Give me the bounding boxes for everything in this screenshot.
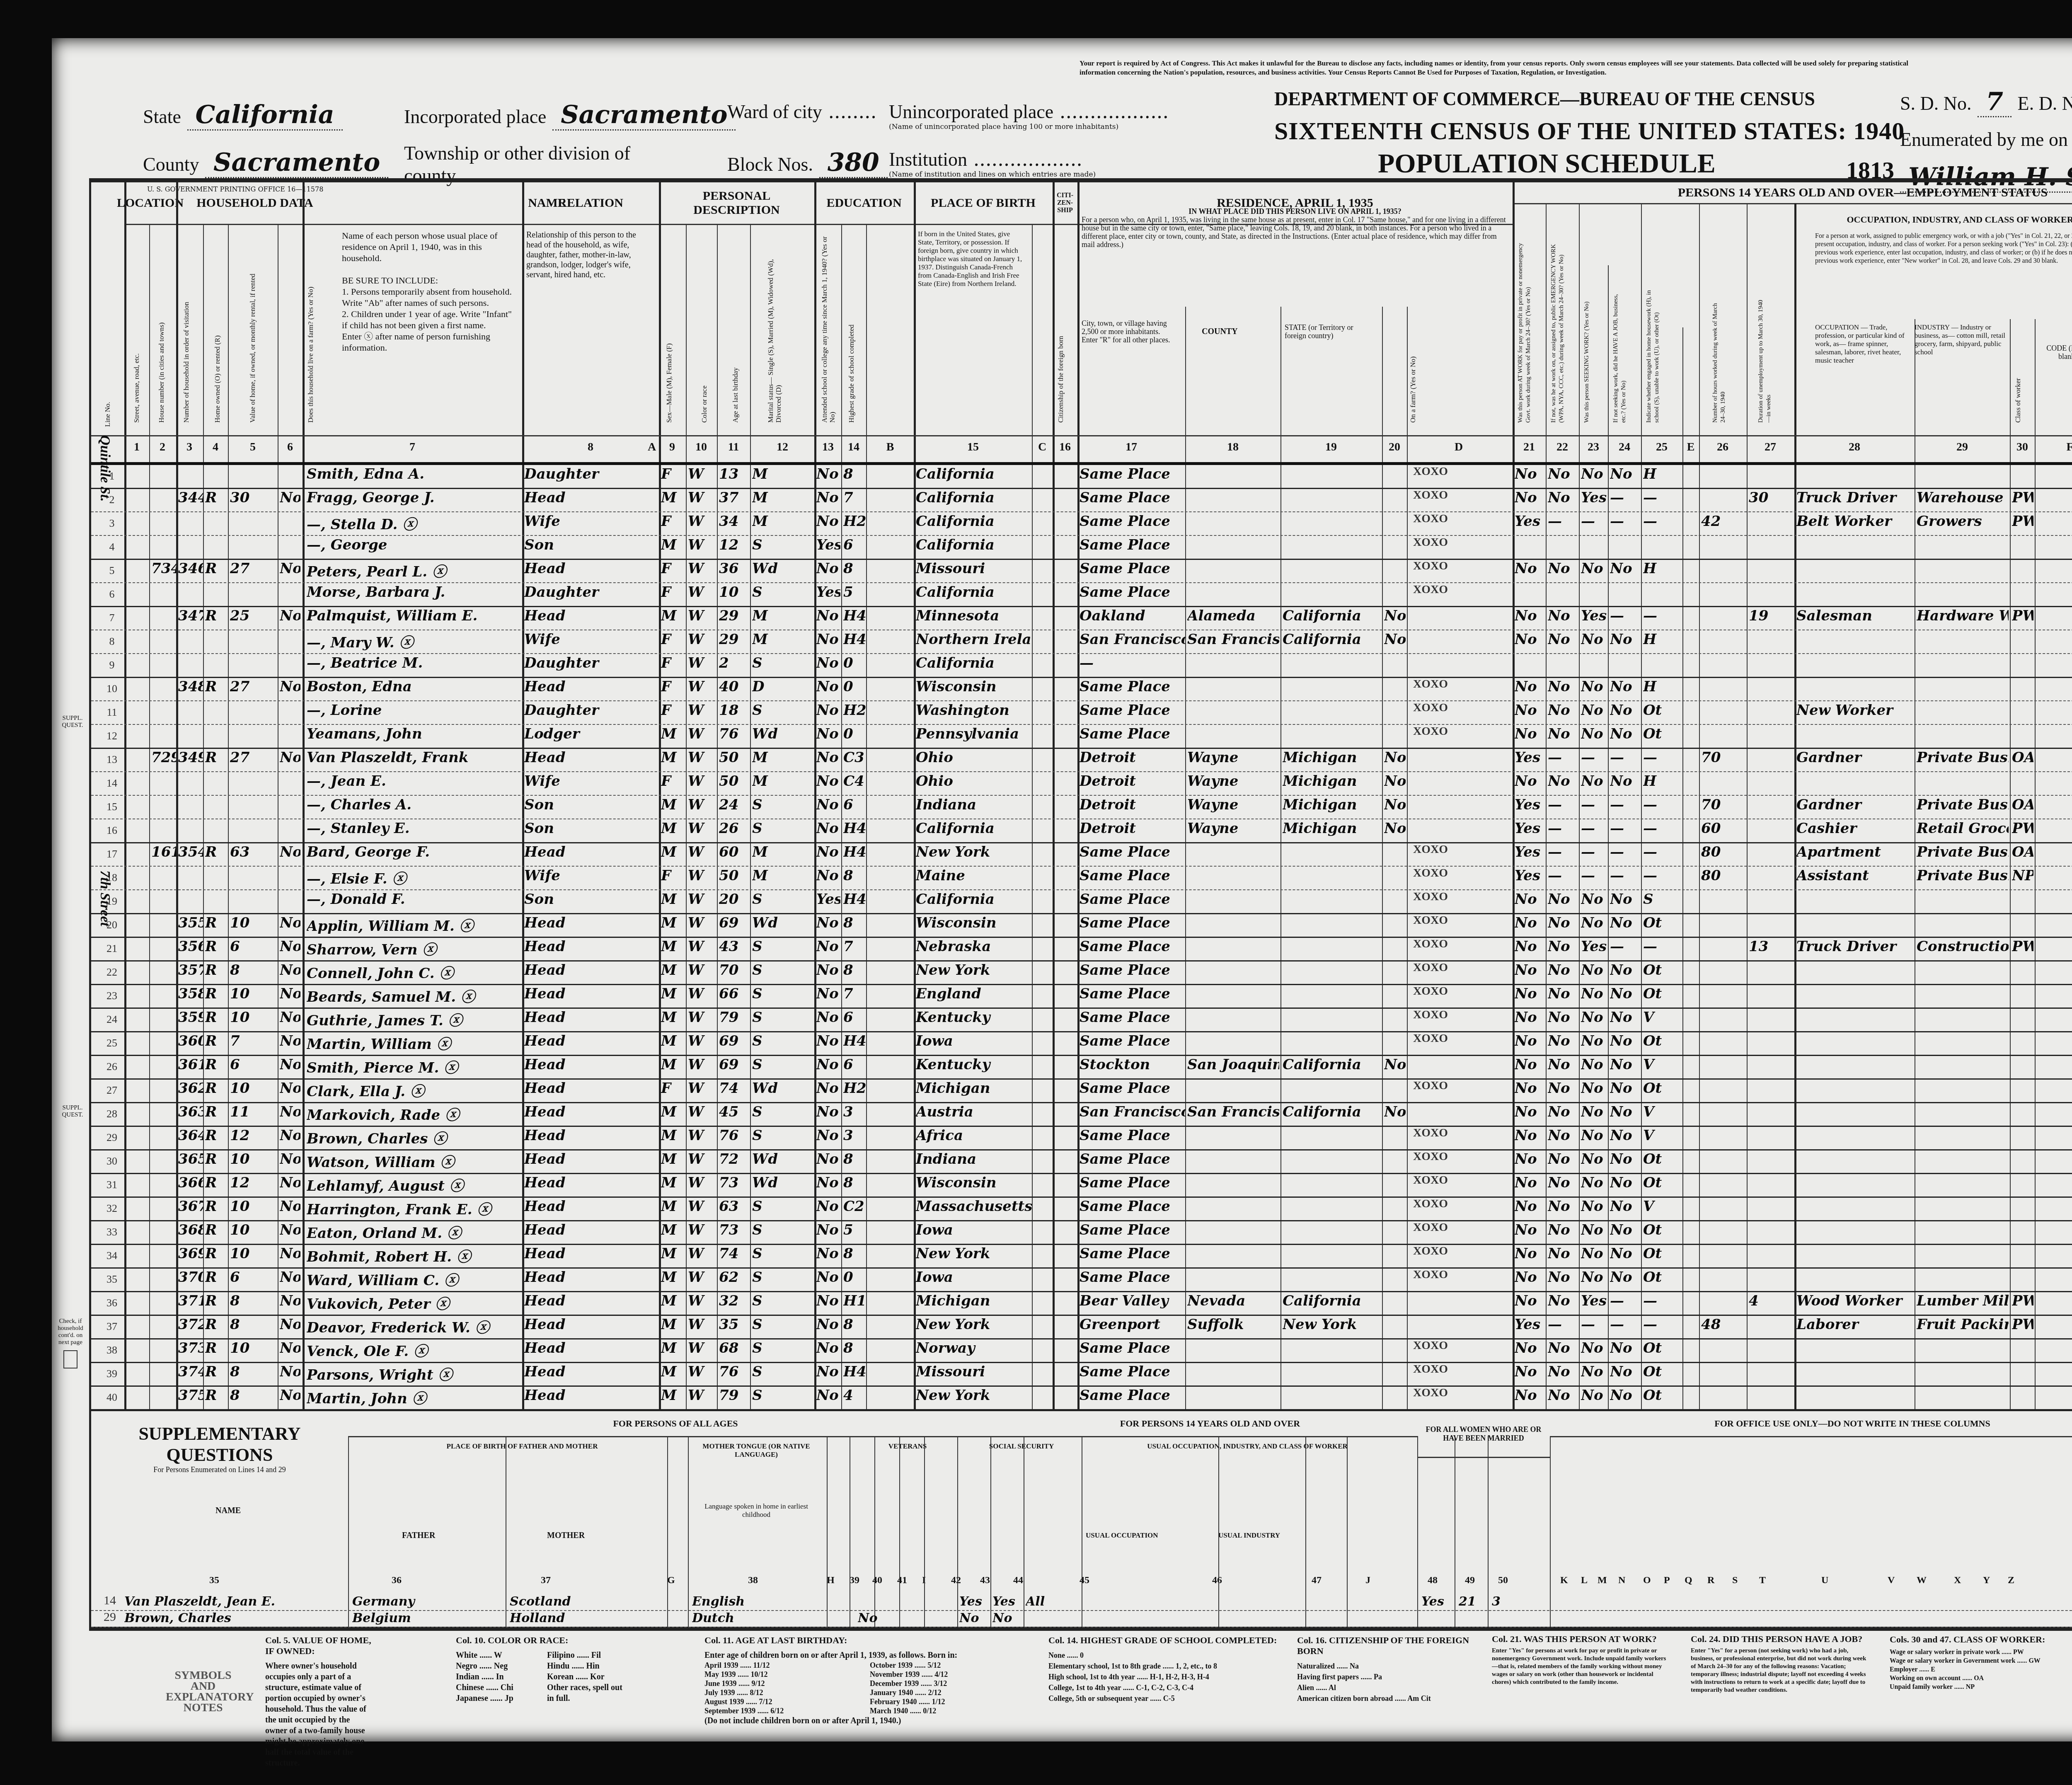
cell-res17: Same Place bbox=[1080, 1033, 1185, 1049]
cell-own: R bbox=[205, 844, 226, 860]
note-item: American citizen born abroad ...... Am C… bbox=[1297, 1693, 1471, 1704]
cell-grade: 8 bbox=[843, 962, 866, 978]
cell-sex: F bbox=[661, 773, 685, 790]
cell-mar: S bbox=[752, 1009, 781, 1026]
cell-res18: Wayne bbox=[1187, 773, 1279, 790]
cell-race: W bbox=[688, 820, 716, 837]
cell-c22: No bbox=[1548, 915, 1578, 931]
cell-c22: No bbox=[1548, 1033, 1578, 1049]
cell-c23: No bbox=[1581, 678, 1607, 695]
supp-cell-c42: Yes bbox=[959, 1594, 988, 1609]
county-field: County Sacramento bbox=[143, 148, 388, 177]
cell-c23: — bbox=[1581, 513, 1607, 530]
cell-ind: Growers bbox=[1917, 513, 2009, 530]
cell-age: 74 bbox=[719, 1245, 749, 1262]
cell-c24: No bbox=[1610, 1387, 1640, 1404]
cell-ind: Private Business bbox=[1917, 867, 2009, 884]
cell-c27: 30 bbox=[1749, 489, 1794, 506]
cell-sch: No bbox=[816, 1104, 840, 1120]
cell-res17: Same Place bbox=[1080, 962, 1185, 978]
note-col30: Cols. 30 and 47. CLASS OF WORKER:Wage or… bbox=[1890, 1635, 2047, 1691]
group-citizenship: CITI-ZEN-SHIP bbox=[1053, 182, 1077, 225]
table-row: 28363R11NoMarkovich, Rade ⓧHeadMW45SNo3A… bbox=[91, 1102, 2072, 1127]
code-d: XOXO bbox=[1413, 985, 1459, 998]
line-number: 4 bbox=[99, 541, 124, 553]
group-birth: PLACE OF BIRTH bbox=[914, 182, 1053, 225]
cell-sch: No bbox=[816, 749, 840, 766]
supp-column-number: J bbox=[1365, 1575, 1370, 1586]
cell-c22: No bbox=[1548, 1104, 1578, 1120]
cell-age: 2 bbox=[719, 655, 749, 671]
cell-mar: S bbox=[752, 1387, 781, 1404]
cell-c24: No bbox=[1610, 1175, 1640, 1191]
cell-mar: M bbox=[752, 749, 781, 766]
cell-c22: No bbox=[1548, 1245, 1578, 1262]
cell-hh: 349 bbox=[178, 749, 203, 766]
cell-res17: Same Place bbox=[1080, 915, 1185, 931]
cell-farm: No bbox=[280, 1387, 300, 1404]
cell-own: R bbox=[205, 1104, 226, 1120]
cell-own: R bbox=[205, 1056, 226, 1073]
supp-cell-lang: English bbox=[692, 1594, 825, 1609]
block-value: 380 bbox=[819, 148, 888, 178]
cell-c22: No bbox=[1548, 1127, 1578, 1144]
cell-res20: No bbox=[1384, 773, 1406, 790]
cell-race: W bbox=[688, 1175, 716, 1191]
cell-race: W bbox=[688, 608, 716, 624]
cell-rel: Wife bbox=[524, 631, 657, 648]
cell-c22: No bbox=[1548, 773, 1578, 790]
cell-c24: No bbox=[1610, 773, 1640, 790]
cell-name: —, Stanley E. bbox=[307, 820, 520, 837]
cell-birth: Minnesota bbox=[916, 608, 1032, 624]
cell-sex: M bbox=[661, 608, 685, 624]
cell-race: W bbox=[688, 797, 716, 813]
column-number: 27 bbox=[1762, 441, 1779, 454]
cell-c22: No bbox=[1548, 631, 1578, 648]
cell-race: W bbox=[688, 584, 716, 601]
cell-sch: No bbox=[816, 844, 840, 860]
cell-c21: No bbox=[1515, 773, 1544, 790]
cell-rel: Son bbox=[524, 820, 657, 837]
code-d: XOXO bbox=[1413, 465, 1459, 478]
table-row: 10348R27NoBoston, EdnaHeadFW40DNo0Wiscon… bbox=[91, 677, 2072, 701]
cell-name: Bard, George F. bbox=[307, 844, 520, 860]
cell-c24: No bbox=[1610, 631, 1640, 648]
sd-value: 7 bbox=[1978, 87, 2011, 117]
cell-res18: Alameda bbox=[1187, 608, 1279, 624]
cell-c23: No bbox=[1581, 773, 1607, 790]
cell-own: R bbox=[205, 1009, 226, 1026]
note-item: Wage or salary worker in Government work… bbox=[1890, 1657, 2047, 1665]
column-number: A bbox=[644, 441, 660, 454]
cell-rel: Head bbox=[524, 844, 657, 860]
cell-age: 18 bbox=[719, 702, 749, 719]
col19-header: STATE (or Territory or foreign country) bbox=[1285, 323, 1368, 340]
cell-val: 30 bbox=[230, 489, 276, 506]
cell-birth: Missouri bbox=[916, 1364, 1032, 1380]
cell-res17: Same Place bbox=[1080, 678, 1185, 695]
cell-name: Ward, William C. ⓧ bbox=[307, 1269, 520, 1289]
cell-own: R bbox=[205, 1293, 226, 1309]
supp-cell-c50: 3 bbox=[1492, 1594, 1517, 1609]
cell-race: W bbox=[688, 891, 716, 908]
note-col21: Col. 21. WAS THIS PERSON AT WORK?Enter "… bbox=[1492, 1635, 1670, 1686]
cell-race: W bbox=[688, 1104, 716, 1120]
cell-c23: No bbox=[1581, 1127, 1607, 1144]
cell-res20: No bbox=[1384, 631, 1406, 648]
line-number: 38 bbox=[99, 1344, 124, 1356]
cell-age: 74 bbox=[719, 1080, 749, 1097]
cell-c21: Yes bbox=[1515, 513, 1544, 530]
cell-c24: No bbox=[1610, 1056, 1640, 1073]
code-d: XOXO bbox=[1413, 583, 1459, 596]
continued-checkbox[interactable] bbox=[63, 1350, 77, 1368]
cell-age: 73 bbox=[719, 1175, 749, 1191]
cell-res18: Nevada bbox=[1187, 1293, 1279, 1309]
cell-res17: Same Place bbox=[1080, 466, 1185, 482]
cell-birth: New York bbox=[916, 962, 1032, 978]
line-number: 7 bbox=[99, 612, 124, 624]
cell-birth: Michigan bbox=[916, 1293, 1032, 1309]
cell-name: Van Plaszeldt, Frank bbox=[307, 749, 520, 766]
cell-sch: No bbox=[816, 1175, 840, 1191]
cell-c21: No bbox=[1515, 702, 1544, 719]
cell-grade: 7 bbox=[843, 938, 866, 955]
cell-race: W bbox=[688, 1245, 716, 1262]
cell-res19: California bbox=[1283, 1293, 1381, 1309]
note-item: White ...... W bbox=[456, 1650, 539, 1661]
cell-hh: 373 bbox=[178, 1340, 203, 1356]
line-number: 40 bbox=[99, 1391, 124, 1404]
cell-c27: 19 bbox=[1749, 608, 1794, 624]
supp-column-number: L bbox=[1581, 1575, 1588, 1586]
cell-c26: 48 bbox=[1701, 1316, 1746, 1333]
cell-hh: 354 bbox=[178, 844, 203, 860]
cell-c23: No bbox=[1581, 1033, 1607, 1049]
supp-cell-c48: Yes bbox=[1421, 1594, 1450, 1609]
supp-column-number: S bbox=[1732, 1575, 1738, 1586]
column-number: 7 bbox=[404, 441, 421, 454]
cell-hh: 363 bbox=[178, 1104, 203, 1120]
cell-mar: S bbox=[752, 1104, 781, 1120]
cell-res17: Same Place bbox=[1080, 513, 1185, 530]
cell-mar: S bbox=[752, 1293, 781, 1309]
note-col5: Col. 5. VALUE OF HOME, IF OWNED:Where ow… bbox=[265, 1635, 373, 1768]
cell-age: 24 bbox=[719, 797, 749, 813]
cell-mar: S bbox=[752, 1198, 781, 1215]
cell-age: 72 bbox=[719, 1151, 749, 1167]
cell-sex: F bbox=[661, 702, 685, 719]
cell-birth: Kentucky bbox=[916, 1056, 1032, 1073]
cell-res18: Wayne bbox=[1187, 749, 1279, 766]
code-d: XOXO bbox=[1413, 843, 1459, 856]
cell-c22: No bbox=[1548, 1293, 1578, 1309]
cell-c23: — bbox=[1581, 749, 1607, 766]
cell-own: R bbox=[205, 1198, 226, 1215]
cell-res17: Same Place bbox=[1080, 986, 1185, 1002]
cell-c24: — bbox=[1610, 489, 1640, 506]
cell-c25: — bbox=[1643, 867, 1681, 884]
cell-age: 45 bbox=[719, 1104, 749, 1120]
cell-sex: M bbox=[661, 1364, 685, 1380]
cell-age: 69 bbox=[719, 1056, 749, 1073]
column-number: 12 bbox=[774, 441, 791, 454]
cell-sch: No bbox=[816, 1056, 840, 1073]
cell-sex: M bbox=[661, 891, 685, 908]
cell-rel: Head bbox=[524, 1104, 657, 1120]
supp-column-number: O bbox=[1643, 1575, 1651, 1586]
code-d: XOXO bbox=[1413, 1339, 1459, 1352]
cell-c25: Ot bbox=[1643, 702, 1681, 719]
cell-grade: 0 bbox=[843, 1269, 866, 1286]
cell-hh: 366 bbox=[178, 1175, 203, 1191]
cell-age: 50 bbox=[719, 749, 749, 766]
cell-sch: No bbox=[816, 867, 840, 884]
cell-birth: Wisconsin bbox=[916, 678, 1032, 695]
cell-val: 27 bbox=[230, 560, 276, 577]
cell-c22: — bbox=[1548, 820, 1578, 837]
cell-mar: S bbox=[752, 962, 781, 978]
cell-own: R bbox=[205, 560, 226, 577]
cell-c24: No bbox=[1610, 1033, 1640, 1049]
cell-race: W bbox=[688, 1127, 716, 1144]
cell-name: Yeamans, John bbox=[307, 726, 520, 742]
cell-sex: M bbox=[661, 1009, 685, 1026]
note-item: High school, 1st to 4th year ...... H-1,… bbox=[1048, 1671, 1314, 1682]
cell-c25: — bbox=[1643, 820, 1681, 837]
cell-sch: Yes bbox=[816, 891, 840, 908]
cell-mar: M bbox=[752, 773, 781, 790]
cell-sex: F bbox=[661, 867, 685, 884]
cell-name: Venck, Ole F. ⓧ bbox=[307, 1340, 520, 1360]
cell-c22: No bbox=[1548, 1269, 1578, 1286]
cell-val: 12 bbox=[230, 1127, 276, 1144]
cell-cls: PW bbox=[2012, 938, 2033, 955]
line-number: 37 bbox=[99, 1320, 124, 1333]
cell-res17: Same Place bbox=[1080, 891, 1185, 908]
cell-res17: Detroit bbox=[1080, 820, 1185, 837]
cell-c24: No bbox=[1610, 1009, 1640, 1026]
supp-row: 29Brown, CharlesBelgiumHollandDutchNoNoN… bbox=[91, 1610, 2072, 1628]
cell-grade: H4 bbox=[843, 891, 866, 908]
cell-mar: M bbox=[752, 631, 781, 648]
cell-sex: M bbox=[661, 1387, 685, 1404]
cell-ind: Fruit Packing bbox=[1917, 1316, 2009, 1333]
line-number: 13 bbox=[99, 753, 124, 766]
cell-mar: S bbox=[752, 1316, 781, 1333]
cell-sex: M bbox=[661, 1245, 685, 1262]
cell-occ: Gardner bbox=[1796, 797, 1914, 813]
cell-grade: 6 bbox=[843, 1056, 866, 1073]
table-row: 16—, Stanley E.SonMW26SNoH4CaliforniaDet… bbox=[91, 819, 2072, 843]
cell-c22: No bbox=[1548, 1340, 1578, 1356]
cell-age: 43 bbox=[719, 938, 749, 955]
column-number: 4 bbox=[207, 441, 224, 454]
cell-c26: 42 bbox=[1701, 513, 1746, 530]
cell-c21: No bbox=[1515, 1198, 1544, 1215]
cell-val: 10 bbox=[230, 1198, 276, 1215]
cell-res17: Detroit bbox=[1080, 797, 1185, 813]
cell-c21: No bbox=[1515, 631, 1544, 648]
cell-c22: No bbox=[1548, 891, 1578, 908]
cell-race: W bbox=[688, 1340, 716, 1356]
line-number: 22 bbox=[99, 966, 124, 978]
cell-c25: V bbox=[1643, 1009, 1681, 1026]
relation-instructions: Relationship of this person to the head … bbox=[526, 230, 651, 280]
cell-c21: No bbox=[1515, 1340, 1544, 1356]
cell-mar: S bbox=[752, 1245, 781, 1262]
cell-c22: No bbox=[1548, 489, 1578, 506]
line-number: 27 bbox=[99, 1084, 124, 1097]
cell-grade: H1 bbox=[843, 1293, 866, 1309]
cell-rel: Wife bbox=[524, 867, 657, 884]
cell-c24: No bbox=[1610, 1080, 1640, 1097]
line-number: 31 bbox=[99, 1179, 124, 1191]
cell-c24: — bbox=[1610, 749, 1640, 766]
cell-c25: Ot bbox=[1643, 1222, 1681, 1238]
cell-occ: Laborer bbox=[1796, 1316, 1914, 1333]
cell-farm: No bbox=[280, 938, 300, 955]
cell-c23: Yes bbox=[1581, 489, 1607, 506]
code-d: XOXO bbox=[1413, 1386, 1459, 1400]
line-number: 30 bbox=[99, 1155, 124, 1167]
cell-res17: Same Place bbox=[1080, 726, 1185, 742]
cell-c24: — bbox=[1610, 938, 1640, 955]
cell-race: W bbox=[688, 1033, 716, 1049]
column-number: 10 bbox=[693, 441, 709, 454]
cell-hh: 359 bbox=[178, 1009, 203, 1026]
cell-res19: Michigan bbox=[1283, 820, 1381, 837]
line-number: 3 bbox=[99, 517, 124, 530]
column-number: D bbox=[1450, 441, 1467, 454]
line-number: 24 bbox=[99, 1013, 124, 1026]
cell-race: W bbox=[688, 655, 716, 671]
cell-birth: Ohio bbox=[916, 749, 1032, 766]
cell-race: W bbox=[688, 1222, 716, 1238]
cell-grade: H4 bbox=[843, 1033, 866, 1049]
cell-val: 8 bbox=[230, 1293, 276, 1309]
cell-sex: M bbox=[661, 1269, 685, 1286]
note-item: August 1939 ...... 7/12 bbox=[704, 1697, 862, 1706]
cell-sch: No bbox=[816, 1033, 840, 1049]
cell-c25: Ot bbox=[1643, 1269, 1681, 1286]
cell-c24: No bbox=[1610, 1127, 1640, 1144]
cell-c23: — bbox=[1581, 820, 1607, 837]
supp-column-number: 37 bbox=[541, 1575, 551, 1586]
cell-c21: No bbox=[1515, 1293, 1544, 1309]
table-row: 25360R7NoMartin, William ⓧHeadMW69SNoH4I… bbox=[91, 1031, 2072, 1056]
cell-cls: PW bbox=[2012, 489, 2033, 506]
cell-val: 11 bbox=[230, 1104, 276, 1120]
column-number: 15 bbox=[965, 441, 981, 454]
cell-c22: No bbox=[1548, 1198, 1578, 1215]
table-row: 13729349R27NoVan Plaszeldt, FrankHeadMW5… bbox=[91, 748, 2072, 772]
cell-name: Brown, Charles ⓧ bbox=[307, 1127, 520, 1148]
cell-c22: No bbox=[1548, 702, 1578, 719]
cell-name: —, Jean E. bbox=[307, 773, 520, 790]
cell-farm: No bbox=[280, 1198, 300, 1215]
cell-age: 40 bbox=[719, 678, 749, 695]
cell-val: 7 bbox=[230, 1033, 276, 1049]
cell-name: —, Beatrice M. bbox=[307, 655, 520, 671]
cell-mar: S bbox=[752, 820, 781, 837]
cell-c21: No bbox=[1515, 1056, 1544, 1073]
cell-ind: Private Business bbox=[1917, 797, 2009, 813]
cell-mar: S bbox=[752, 986, 781, 1002]
cell-c22: No bbox=[1548, 560, 1578, 577]
table-row: 30365R10NoWatson, William ⓧHeadMW72WdNo8… bbox=[91, 1149, 2072, 1174]
cell-c23: — bbox=[1581, 797, 1607, 813]
cell-res19: California bbox=[1283, 1104, 1381, 1120]
cell-c24: No bbox=[1610, 560, 1640, 577]
cell-c23: No bbox=[1581, 1340, 1607, 1356]
name-instructions: Name of each person whose usual place of… bbox=[342, 230, 516, 353]
cell-c22: No bbox=[1548, 1080, 1578, 1097]
cell-own: R bbox=[205, 1175, 226, 1191]
cell-c25: Ot bbox=[1643, 1245, 1681, 1262]
cell-c24: No bbox=[1610, 1151, 1640, 1167]
note-item: Hindu ...... Hin bbox=[547, 1661, 630, 1671]
cell-sch: No bbox=[816, 678, 840, 695]
cell-birth: California bbox=[916, 655, 1032, 671]
supp-column-number: V bbox=[1888, 1575, 1895, 1586]
cell-res17: — bbox=[1080, 655, 1185, 671]
cell-res18: Wayne bbox=[1187, 797, 1279, 813]
cell-c25: Ot bbox=[1643, 1340, 1681, 1356]
cell-race: W bbox=[688, 962, 716, 978]
cell-c24: — bbox=[1610, 797, 1640, 813]
cell-val: 6 bbox=[230, 1269, 276, 1286]
cell-res19: California bbox=[1283, 608, 1381, 624]
cell-mar: M bbox=[752, 513, 781, 530]
cell-own: R bbox=[205, 678, 226, 695]
cell-mar: M bbox=[752, 489, 781, 506]
cell-grade: 8 bbox=[843, 1316, 866, 1333]
supp-cell-line: 29 bbox=[97, 1610, 122, 1624]
cell-c25: — bbox=[1643, 1316, 1681, 1333]
col28-header: OCCUPATION — Trade, profession, or parti… bbox=[1815, 323, 1915, 365]
cell-c24: No bbox=[1610, 962, 1640, 978]
note-item: October 1939 ...... 5/12 bbox=[870, 1661, 1028, 1670]
cell-c24: No bbox=[1610, 1198, 1640, 1215]
supp-column-number: Y bbox=[1983, 1575, 1990, 1586]
cell-c21: No bbox=[1515, 915, 1544, 931]
supp-column-number: M bbox=[1598, 1575, 1607, 1586]
cell-hh: 367 bbox=[178, 1198, 203, 1215]
cell-c21: No bbox=[1515, 891, 1544, 908]
cell-grade: H4 bbox=[843, 844, 866, 860]
cell-c22: — bbox=[1548, 797, 1578, 813]
cell-own: R bbox=[205, 938, 226, 955]
cell-res17: Greenport bbox=[1080, 1316, 1185, 1333]
cell-c22: No bbox=[1548, 986, 1578, 1002]
note-item: Filipino ...... Fil bbox=[547, 1650, 630, 1661]
cell-birth: Wisconsin bbox=[916, 915, 1032, 931]
line-number: 14 bbox=[99, 777, 124, 790]
cell-farm: No bbox=[280, 1316, 300, 1333]
supp-cell-name: Van Plaszeldt, Jean E. bbox=[124, 1594, 340, 1609]
cell-c22: No bbox=[1548, 938, 1578, 955]
cell-rel: Head bbox=[524, 1340, 657, 1356]
cell-c25: Ot bbox=[1643, 1033, 1681, 1049]
column-number: 11 bbox=[725, 441, 742, 454]
cell-name: Palmquist, William E. bbox=[307, 608, 520, 624]
cell-name: —, Lorine bbox=[307, 702, 520, 719]
cell-birth: Nebraska bbox=[916, 938, 1032, 955]
cell-name: —, Mary W. ⓧ bbox=[307, 631, 520, 652]
cell-res17: Same Place bbox=[1080, 1198, 1185, 1215]
